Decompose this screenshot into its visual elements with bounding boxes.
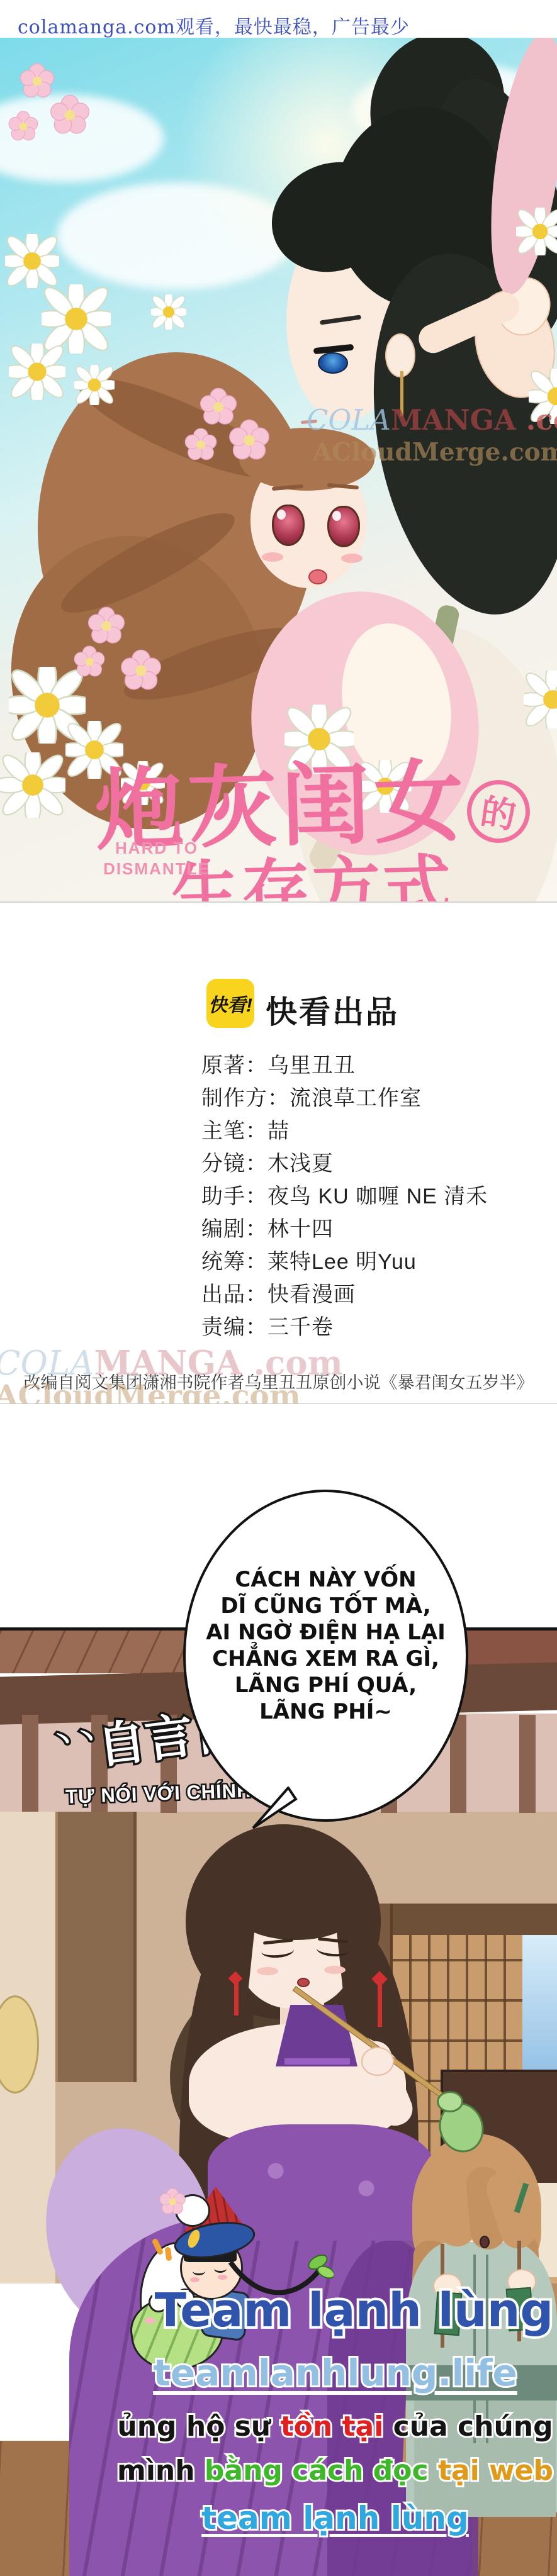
kuaikan-logo: 快看! <box>206 979 254 1028</box>
credit-row: 主笔：喆 <box>201 1115 488 1147</box>
cover-art: COLAMANGA .com ACloudMerge.com 炮灰闺女 的 生存… <box>0 38 557 901</box>
promo-support-line1: ủng hộ sự tồn tại của chúng <box>57 2411 557 2443</box>
promo-text-part: bằng cách đọc <box>205 2455 429 2487</box>
bubble-text-line: LÃNG PHÍ QUÁ, <box>186 1672 466 1698</box>
wall-post <box>519 1715 536 1813</box>
bubble-text-line: AI NGỜ ĐIỆN HẠ LẠI <box>186 1619 466 1646</box>
watermark-site: COLAMANGA .com <box>0 1344 343 1383</box>
mascot-baby-eye <box>193 2267 205 2275</box>
subtitle-line2: DISMANTLE <box>84 859 229 879</box>
watermark-cola: COLA <box>0 1344 94 1383</box>
credit-row: 责编：三千卷 <box>201 1311 488 1344</box>
credit-row: 统筹：莱特Lee 明Yuu <box>201 1246 488 1278</box>
girl-blush <box>262 552 283 562</box>
woman-hand <box>361 2047 394 2076</box>
girl-blush <box>341 554 363 563</box>
credits-list: 原著：乌里丑丑 制作方：流浪草工作室 主笔：喆 分镜：木浅夏 助手：夜鸟 KU … <box>201 1049 488 1344</box>
promo-team-name: Team lạnh lùng <box>76 2283 557 2338</box>
daisy-icon <box>0 752 65 818</box>
credit-row: 制作方：流浪草工作室 <box>201 1082 488 1115</box>
credit-row: 原著：乌里丑丑 <box>201 1049 488 1082</box>
promo-text-part: mình <box>117 2455 205 2487</box>
girl-eye <box>272 505 305 546</box>
man-mouth <box>480 2236 490 2248</box>
watermark-domain <box>242 1344 253 1383</box>
woman-halter-edge <box>284 2058 350 2065</box>
watermark-site: COLAMANGA .com <box>307 403 557 437</box>
comic-panel: CÁCH NÀY VỐN DĨ CŨNG TỐT MÀ, AI NGỜ ĐIỆN… <box>0 1404 557 2576</box>
mascot-baby-eye <box>214 2265 227 2273</box>
bubble-text-line: CHẲNG XEM RA GÌ, <box>186 1646 466 1672</box>
bubble-text-line: DĨ CŨNG TỐT MÀ, <box>186 1593 466 1619</box>
girl-mouth <box>308 569 327 584</box>
bubble-text-line: CÁCH NÀY VỐN <box>186 1566 466 1593</box>
top-banner: colamanga.com观看，最快最稳，广告最少 <box>0 0 557 38</box>
promo-team-footer-link[interactable]: team lạnh lùng <box>57 2500 557 2536</box>
promo-website-link[interactable]: teamlanhlung.life <box>57 2351 557 2394</box>
pink-flower-icon <box>184 428 218 462</box>
promo-text-part: ủng hộ sự <box>117 2411 280 2443</box>
gourd-ladle-top <box>437 2091 463 2112</box>
watermark-domain: .com <box>526 403 557 437</box>
watermark-manga: MANGA <box>94 1344 242 1383</box>
daisy-icon <box>74 365 115 405</box>
mascot-baby-blush <box>218 2275 227 2280</box>
bubble-text-line: LÃNG PHÍ~ <box>186 1698 466 1725</box>
title-particle: 的 <box>478 784 520 839</box>
woman-blush <box>257 1967 278 1975</box>
girl-eye-highlight <box>277 510 286 520</box>
watermark-domain <box>516 403 526 437</box>
daisy-icon <box>9 343 65 400</box>
credit-row: 助手：夜鸟 KU 咖喱 NE 清禾 <box>201 1180 488 1213</box>
wood-pillar <box>55 1812 137 2082</box>
watermark-manga: MANGA <box>391 403 516 437</box>
watermark-cola: COLA <box>307 403 391 437</box>
pink-flower-icon <box>87 606 126 645</box>
earring-tassel <box>378 1980 382 2027</box>
daisy-icon <box>524 671 557 728</box>
credit-row: 分镜：木浅夏 <box>201 1147 488 1180</box>
pink-flower-icon <box>49 94 91 136</box>
promo-support-line2: mình bằng cách đọc tại web <box>57 2455 557 2487</box>
subtitle-line1: HARD TO <box>84 838 229 859</box>
pink-flower-icon <box>228 419 271 462</box>
daisy-icon <box>151 294 186 330</box>
bubble-tail <box>250 1787 300 1833</box>
pink-flower-icon <box>73 645 106 678</box>
credit-row: 编剧：林十四 <box>201 1213 488 1246</box>
kuaikan-label: 快看出品 <box>266 987 399 1032</box>
kuaikan-logo-text: 快看! <box>208 990 252 1017</box>
mascot-hat-flower-icon <box>159 2188 186 2216</box>
girl-eye <box>327 506 360 547</box>
speech-bubble: CÁCH NÀY VỐN DĨ CŨNG TỐT MÀ, AI NGỜ ĐIỆN… <box>183 1490 468 1822</box>
comic-reader-page: colamanga.com观看，最快最稳，广告最少 <box>0 0 557 2576</box>
watermark-mirror: ACloudMerge.com <box>313 438 557 467</box>
credit-row: 出品：快看漫画 <box>201 1278 488 1311</box>
woman-mouth <box>297 1978 310 1987</box>
daisy-icon <box>516 208 557 255</box>
boy-eye <box>318 352 348 374</box>
pink-flower-icon <box>120 649 162 692</box>
daisy-icon <box>5 234 59 288</box>
sfx-marks: 丶丶 <box>47 1720 99 1758</box>
wall-post <box>22 1715 38 1813</box>
promo-text-part: tồn tại <box>281 2411 384 2443</box>
woman-blush <box>324 1966 346 1974</box>
girl-eye-highlight <box>332 511 341 521</box>
credits-section: 快看! 快看出品 原著：乌里丑丑 制作方：流浪草工作室 主笔：喆 分镜：木浅夏 … <box>0 903 557 1403</box>
series-subtitle-en: HARD TO DISMANTLE <box>84 838 229 879</box>
watermark-domain: .com <box>254 1344 343 1383</box>
promo-text-part: tại web <box>429 2455 553 2487</box>
mascot-baby-blush <box>190 2277 200 2282</box>
pink-flower-icon <box>8 111 39 142</box>
site-ad-text: colamanga.com观看，最快最稳，广告最少 <box>18 11 410 39</box>
promo-text-part: của chúng <box>383 2411 553 2443</box>
